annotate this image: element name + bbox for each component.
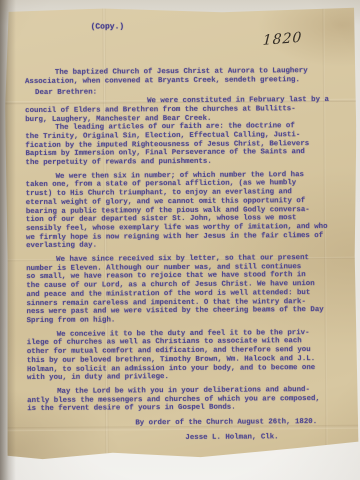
letter-body: The baptized Church of Jesus Christ at A… [25, 67, 347, 444]
letter-paragraph-admission: We conceive it to be the duty and feel i… [27, 329, 346, 383]
letter-paragraph-constitution: We were constituted in February last by … [25, 96, 344, 124]
letter-paragraph-growth: We have since received six by letter, so… [26, 254, 345, 326]
copy-label: (Copy.) [91, 22, 125, 31]
letter-paragraph-greeting: The baptized Church of Jesus Christ at A… [25, 67, 344, 87]
scanned-letter-page: { "annotations": { "copy_label": "(Copy.… [0, 0, 360, 480]
handwritten-year-note: 1820 [262, 30, 303, 49]
letter-by-order-line: By order of the Church August 26th, 1820… [27, 418, 346, 429]
letter-paragraph-articles: The leading articles of our faith are: t… [25, 122, 344, 168]
letter-paragraph-membership: We were then six in number; of which num… [26, 171, 346, 252]
letter-paragraph-blessing: May the Lord be with you in your deliber… [27, 386, 346, 414]
letter-paper: (Copy.) 1820 The baptized Church of Jesu… [4, 7, 358, 461]
letter-signature: Jesse L. Holman, Clk. [27, 433, 346, 444]
